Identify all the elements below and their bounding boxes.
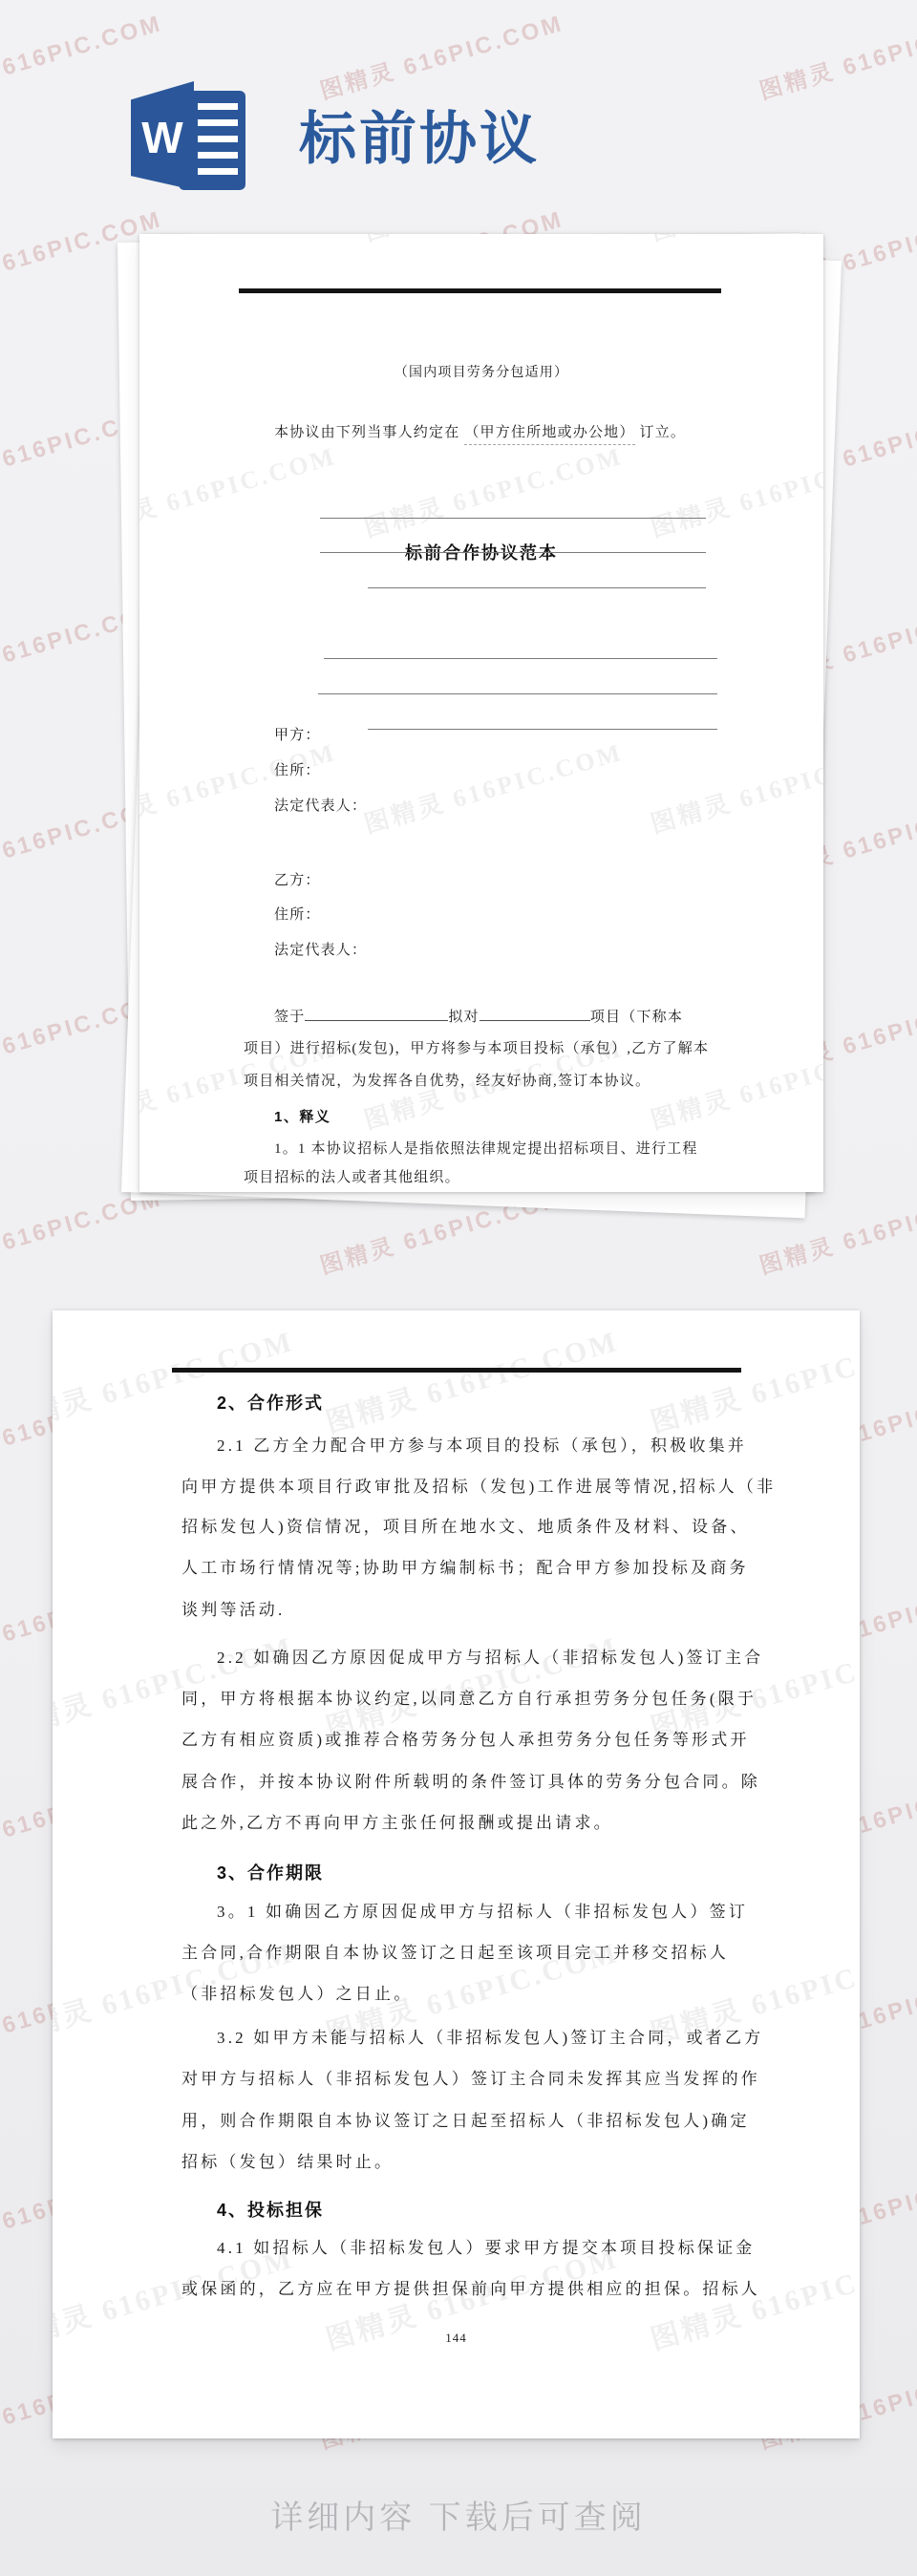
section-4-heading: 4、投标担保 <box>217 2197 324 2222</box>
watermark-text: 图精灵 616PIC.COM <box>139 436 340 544</box>
doc-paragraph-line: 主合同,合作期限自本协议签订之日起至该项目完工并移交招标人 <box>181 1944 729 1963</box>
section-2-heading: 2、合作形式 <box>217 1390 324 1415</box>
doc-paragraph-line: 人工市场行情情况等;协助甲方编制标书；配合甲方参加投标及商务 <box>181 1559 749 1578</box>
doc-paragraph-line: 乙方有相应资质)或推荐合格劳务分包人承担劳务分包任务等形式开 <box>181 1731 750 1750</box>
document-page-1: 图精灵 616PIC.COM图精灵 616PIC.COM图精灵 616PIC.C… <box>139 234 823 1192</box>
word-icon-letter: W <box>141 116 182 160</box>
doc-paragraph-line: 2.2 如确因乙方原因促成甲方与招标人（非招标发包人)签订主合 <box>217 1649 763 1668</box>
doc-paragraph-line: 同，甲方将根据本协议约定,以同意乙方自行承担劳务分包任务(限于 <box>181 1690 757 1709</box>
doc-paragraph-line: 招标（发包）结果时止。 <box>181 2153 394 2172</box>
party-b-rep-label: 法定代表人： <box>274 942 367 959</box>
word-icon-text-lines <box>198 103 238 180</box>
watermark-text: 图精灵 616PIC.COM <box>139 733 340 841</box>
party-b-underline <box>324 658 717 659</box>
whereas-suffix: 项目（下称本 <box>590 1010 683 1025</box>
page-background: 图精灵 616PIC.COM图精灵 616PIC.COM图精灵 616PIC.C… <box>0 0 917 2576</box>
doc-paragraph-line: （非招标发包人）之日止。 <box>181 1985 413 2004</box>
title-rule <box>239 288 721 293</box>
watermark-text: 图精灵 616PIC.COM <box>645 1623 860 1747</box>
header: W 标前协议 <box>0 0 917 210</box>
watermark-text: 图精灵 616PIC.COM <box>646 436 823 544</box>
download-caption: 详细内容 下载后可查阅 <box>0 2491 917 2538</box>
watermark-text: 图精灵 616PIC.COM <box>646 234 823 248</box>
party-a-underline <box>320 518 706 519</box>
party-b-label: 乙方： <box>274 872 321 889</box>
doc-paragraph-line: 项目相关情况，为发挥各自优势，经友好协商,签订本协议。 <box>244 1073 650 1090</box>
doc-paragraph-line: 4.1 如招标人（非招标发包人）要求甲方提交本项目投标保证金 <box>217 2239 756 2258</box>
party-a-address-label: 住所： <box>274 762 321 779</box>
watermark-text: 图精灵 616PIC.COM <box>359 733 627 841</box>
party-a-address-underline <box>320 552 706 553</box>
watermark-text: 图精灵 616PIC.COM <box>645 1317 860 1441</box>
doc-paragraph-line: 展合作，并按本协议附件所载明的条件签订具体的劳务分包合同。除 <box>181 1773 760 1792</box>
doc-paragraph-line: 3.2 如甲方未能与招标人（非招标发包人)签订主合同，或者乙方 <box>217 2029 763 2048</box>
whereas-mid: 拟对 <box>448 1010 479 1025</box>
watermark-text: 图精灵 616PIC.COM <box>139 234 340 248</box>
doc-paragraph-line: 招标发包人)资信情况，项目所在地水文、地质条件及材料、设备、 <box>181 1518 750 1537</box>
watermark-text: 图精灵 616PIC.COM <box>359 234 627 248</box>
intro-blank-underline: （甲方住所地或办公地） <box>464 425 634 445</box>
intro-suffix: 订立。 <box>640 425 687 440</box>
doc-paragraph-line: 3。1 如确因乙方原因促成甲方与招标人（非招标发包人）签订 <box>217 1903 748 1922</box>
doc-paragraph-line: 用，则合作期限自本协议签订之日起至招标人（非招标发包人)确定 <box>181 2112 750 2131</box>
party-a-rep-label: 法定代表人： <box>274 798 367 815</box>
page-number: 144 <box>53 2331 860 2346</box>
watermark-text: 图精灵 616PIC.COM <box>646 733 823 841</box>
doc-paragraph-line: 谈判等活动. <box>181 1601 285 1620</box>
section-3-heading: 3、合作期限 <box>217 1860 324 1884</box>
doc-paragraph-line: 或保函的，乙方应在甲方提供担保前向甲方提供相应的担保。招标人 <box>181 2280 760 2299</box>
whereas-prefix: 签于 <box>274 1010 305 1025</box>
watermark-text: 图精灵 616PIC.COM <box>53 1317 298 1441</box>
party-b-address-underline <box>318 693 717 694</box>
party-b-address-label: 住所： <box>274 906 321 924</box>
watermark-text: 图精灵 616PIC.COM <box>320 1317 623 1441</box>
doc-paragraph-line: 1。1 本协议招标人是指依照法律规定提出招标项目、进行工程 <box>274 1140 698 1158</box>
intro-prefix: 本协议由下列当事人约定在 <box>274 425 459 440</box>
page2-rule <box>172 1368 741 1373</box>
word-icon-front-panel: W <box>131 81 194 190</box>
watermark-text: 图精灵 616PIC.COM <box>320 1623 623 1747</box>
doc-subtitle: （国内项目劳务分包适用） <box>139 366 823 382</box>
doc-paragraph-line: 向甲方提供本项目行政审批及招标（发包)工作进展等情况,招标人（非 <box>181 1478 776 1497</box>
watermark-text: 图精灵 616PIC.COM <box>53 1623 298 1747</box>
watermark-text: 图精灵 616PIC.COM <box>359 436 627 544</box>
whereas-blank-1 <box>305 1007 448 1021</box>
doc-paragraph-line: 项目招标的法人或者其他组织。 <box>244 1169 460 1186</box>
doc-paragraph-line: 项目）进行招标(发包)，甲方将参与本项目投标（承包）,乙方了解本 <box>244 1040 709 1057</box>
party-a-label: 甲方： <box>274 727 321 744</box>
section-1-heading: 1、释义 <box>274 1106 331 1126</box>
whereas-blank-2 <box>480 1007 590 1021</box>
party-b-rep-underline <box>368 729 717 730</box>
document-page-2: 图精灵 616PIC.COM图精灵 616PIC.COM图精灵 616PIC.C… <box>53 1310 860 2438</box>
word-icon: W <box>131 81 245 190</box>
doc-paragraph-line: 2.1 乙方全力配合甲方参与本项目的投标（承包），积极收集并 <box>217 1437 747 1456</box>
doc-paragraph-line: 此之外,乙方不再向甲方主张任何报酬或提出请求。 <box>181 1814 613 1833</box>
doc-paragraph-line: 对甲方与招标人（非招标发包人）签订主合同未发挥其应当发挥的作 <box>181 2070 760 2089</box>
page-title: 标前协议 <box>299 94 540 176</box>
party-a-rep-underline <box>368 587 706 588</box>
